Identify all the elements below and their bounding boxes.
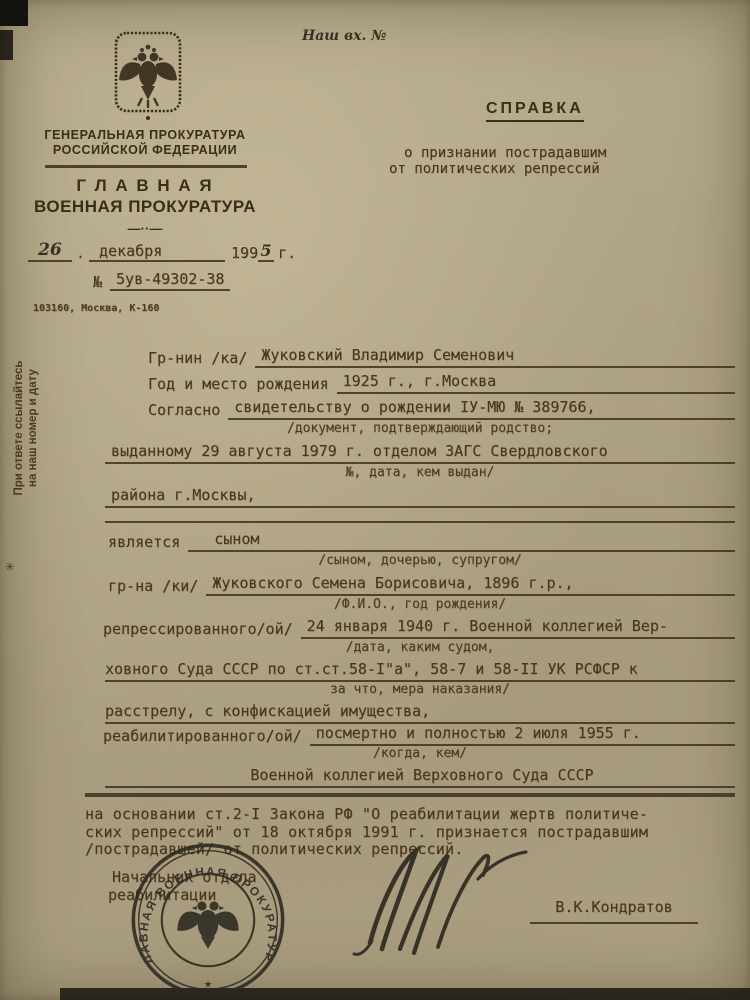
field-birth-value: 1925 г., г.Москва [337,372,735,394]
field-repressed-value: 24 января 1940 г. Военной коллегией Вер- [301,617,735,639]
field-court-value: ховного Суда СССР по ст.ст.58-I"а", 58-7… [105,660,735,682]
margin-note-line1: При ответе ссылайтесь [12,308,26,548]
dept-name-line2: ВОЕННАЯ ПРОКУРАТУРА [20,197,270,217]
field-document-label: Согласно [148,401,228,420]
field-citizen-value: Жуковский Владимир Семенович [255,346,735,368]
field-sentence: расстрелу, с конфискацией имущества, [105,702,735,724]
field-relation: является сыном [108,530,735,552]
document-page: Наш вх. № ГЕНЕРАЛЬНАЯ ПРОКУРАТУРА РОССИЙ… [0,0,750,1000]
scan-artifact-edge [0,30,13,60]
org-name-line1: ГЕНЕРАЛЬНАЯ ПРОКУРАТУРА [35,128,255,142]
field-sentence-value: расстрелу, с конфискацией имущества, [105,702,735,724]
field-citizen: Гр-нин /ка/ Жуковский Владимир Семенович [148,346,735,368]
field-relation-label: является [108,533,188,552]
date-line: 26 . декабря 199 5 г. [28,240,296,262]
address-line: 103160, Москва, К-160 [33,303,159,314]
org-name-line2: РОССИЙСКОЙ ФЕДЕРАЦИИ [35,143,255,157]
caption-relation: /сыном, дочерью, супругом/ [105,553,735,568]
date-year-prefix: 199 [225,244,258,262]
scan-artifact-corner [0,0,28,26]
margin-note-line2: на наш номер и дату [26,308,40,548]
official-round-stamp: ГЛАВНАЯ ВОЕННАЯ ПРОКУРАТУРА ★ [118,840,298,1000]
date-day: 26 [28,240,72,262]
field-rehabilitated: реабилитированного/ой/ посмертно и полно… [103,724,735,746]
field-court: ховного Суда СССР по ст.ст.58-I"а", 58-7… [105,660,735,682]
margin-asterisk-icon: ✳ [5,556,15,575]
dept-name-line1: Г Л А В Н А Я [35,176,255,196]
signer-name-text: В.К.Кондратов [555,898,672,916]
field-rehab-court: Военной коллегией Верховного Суда СССР [105,766,735,788]
field-rehabilitated-value: посмертно и полностью 2 июля 1955 г. [310,724,735,746]
field-issued-value: выданному 29 августа 1979 г. отделом ЗАГ… [105,442,735,464]
coat-of-arms-eagle-icon [112,30,184,124]
field-parent-label: гр-на /ки/ [108,577,206,596]
field-repressed-label: репрессированного/ой/ [103,620,301,639]
date-month: декабря [89,242,225,262]
signature-scribble [340,843,540,958]
document-title: СПРАВКА [486,100,584,122]
field-relation-value: сыном [188,530,735,552]
field-document-value: свидетельству о рождении IУ-МЮ № 389766, [228,398,735,420]
title-subtitle-line2: от политических репрессий [389,161,600,177]
closing-line2: ских репрессий" от 18 октября 1991 г. пр… [85,824,735,842]
incoming-number-note: Наш вх. № [302,28,387,44]
reference-number-line: № 5ув-49302-38 [93,270,230,291]
date-suffix: г. [274,244,296,262]
field-blank-line [105,502,735,523]
caption-court: за что, мера наказания/ [105,682,735,697]
caption-repressed: /дата, каким судом, [105,640,735,655]
caption-parent: /Ф.И.О., год рождения/ [105,597,735,612]
margin-reply-note: При ответе ссылайтесь на наш номер и дат… [12,308,40,548]
divider-mark: —··— [35,221,255,236]
title-subtitle-line1: о признании пострадавшим [404,145,606,161]
number-label: № [93,273,110,291]
field-document: Согласно свидетельству о рождении IУ-МЮ … [148,398,735,420]
letterhead-divider [45,165,247,168]
date-year-digit: 5 [258,241,274,262]
field-issued: выданному 29 августа 1979 г. отделом ЗАГ… [105,442,735,464]
section-rule [85,793,735,797]
caption-issued: №, дата, кем выдан/ [105,465,735,480]
field-birth: Год и место рождения 1925 г., г.Москва [148,372,735,394]
caption-rehabilitated: /когда, кем/ [105,746,735,761]
field-birth-label: Год и место рождения [148,375,337,394]
closing-line1: на основании ст.2-I Закона РФ "О реабили… [85,806,735,824]
field-repressed: репрессированного/ой/ 24 января 1940 г. … [103,617,735,639]
field-parent-value: Жуковского Семена Борисовича, 1896 г.р., [206,574,735,596]
field-rehab-court-value: Военной коллегией Верховного Суда СССР [105,766,735,788]
signer-name: В.К.Кондратов [530,898,698,924]
stamp-star-icon: ★ [204,977,212,992]
field-citizen-label: Гр-нин /ка/ [148,349,255,368]
field-blank-value [105,502,735,523]
field-parent: гр-на /ки/ Жуковского Семена Борисовича,… [108,574,735,596]
field-rehabilitated-label: реабилитированного/ой/ [103,727,310,746]
number-value: 5ув-49302-38 [110,270,230,291]
date-separator: . [72,244,89,262]
caption-document: /документ, подтверждающий родство; [105,421,735,436]
